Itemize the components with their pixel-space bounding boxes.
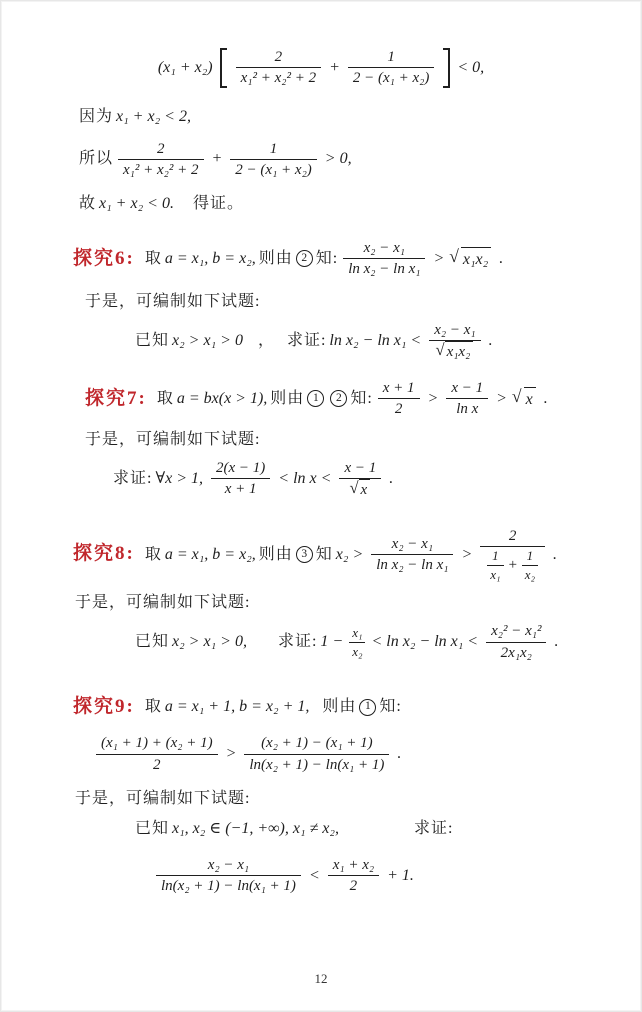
denominator: 2 − (x₁ + x₂): [230, 160, 316, 180]
section-title: 探究9:: [73, 693, 135, 722]
text: 取: [145, 247, 162, 271]
period: .: [554, 630, 558, 654]
label-because: 因为: [79, 105, 113, 129]
denominator: 2: [345, 876, 363, 896]
text: 知:: [316, 247, 338, 271]
label-qed: 得证。: [193, 192, 244, 216]
denominator: ln(x₂ + 1) − ln(x₁ + 1): [156, 876, 301, 896]
math: < ln x₂ − ln x₁ <: [371, 630, 478, 654]
numerator: 2: [118, 139, 203, 160]
math: x₂ > x₁ > 0: [172, 329, 243, 353]
operator-plus: +: [508, 555, 518, 575]
math: ∀x > 1,: [155, 467, 203, 491]
radicand: x₁x₂: [461, 247, 491, 272]
text: 取: [145, 543, 162, 567]
numerator: x − 1: [339, 458, 381, 479]
fraction: x₂ − x₁ √ x₁x₂: [428, 320, 481, 363]
relation: >: [461, 543, 472, 567]
fraction-1: 2 x₁² + x₂² + 2: [235, 47, 322, 89]
text: 则由: [259, 543, 293, 567]
numerator: x₂ − x₁: [156, 855, 301, 876]
line-yushi: 于是，可编制如下试题:: [1, 591, 641, 615]
line-because: 因为 x₁ + x₂ < 2,: [1, 105, 641, 129]
numerator: (x₁ + 1) + (x₂ + 1): [96, 733, 218, 754]
section-title: 探究8:: [73, 540, 135, 569]
text: 于是，可编制如下试题:: [75, 591, 250, 615]
denominator: x₁² + x₂² + 2: [236, 68, 321, 88]
math-tail: + 1.: [387, 864, 414, 888]
period: .: [544, 387, 548, 411]
math: a = x₁ + 1, b = x₂ + 1,: [165, 695, 310, 719]
label-therefore: 所以: [79, 147, 113, 171]
circled-number-icon: 2: [296, 250, 313, 267]
numerator: x₂ − x₁: [371, 534, 453, 555]
relation: >: [496, 387, 507, 411]
numerator: 1: [348, 47, 434, 68]
equation-tanjiu9: (x₁ + 1) + (x₂ + 1) 2 > (x₂ + 1) − (x₁ +…: [1, 733, 641, 775]
sqrt-expression: √ x₁x₂: [449, 246, 494, 272]
text: 于是，可编制如下试题:: [85, 290, 260, 314]
denominator: x₂: [349, 643, 365, 661]
math-post: > 0,: [325, 147, 352, 171]
relation: >: [226, 742, 237, 766]
numerator: x₁: [349, 624, 365, 643]
label-prove: 求证:: [113, 467, 152, 491]
radical-icon: √: [512, 386, 522, 406]
text: 于是，可编制如下试题:: [85, 428, 260, 452]
math-pre: (x₁ + x₂): [158, 56, 213, 80]
circled-number-icon: 1: [359, 699, 376, 716]
right-bracket-icon: [443, 48, 450, 88]
period: .: [389, 467, 393, 491]
denominator: √ x₁x₂: [429, 341, 482, 362]
denominator: 2x₁x₂: [496, 643, 537, 663]
numerator: 1: [230, 139, 316, 160]
denominator: 1 x₁ + 1 x₂: [479, 547, 546, 583]
label-given: 已知: [135, 630, 169, 654]
numerator: x₂ − x₁: [429, 320, 480, 341]
numerator: x₁ + x₂: [328, 855, 379, 876]
equation-tanjiu9-final: x₂ − x₁ ln(x₂ + 1) − ln(x₁ + 1) < x₁ + x…: [1, 855, 641, 897]
relation: >: [428, 387, 439, 411]
fraction-2: x₁ + x₂ 2: [327, 855, 380, 897]
period: .: [499, 247, 503, 271]
label-given: 已知: [135, 329, 169, 353]
text: 知:: [379, 695, 401, 719]
section-tanjiu7: 探究7: 取 a = bx(x > 1), 则由 1 2 知: x + 1 2 …: [1, 378, 641, 420]
label-prove: 求证:: [278, 630, 317, 654]
numerator: 1: [522, 547, 538, 566]
sqrt-expression: √ x: [349, 479, 371, 500]
section-title: 探究6:: [73, 245, 135, 274]
denominator: ln x₂ − ln x₁: [371, 555, 453, 575]
text: 知: [316, 543, 333, 567]
text: 则由: [259, 247, 293, 271]
line-yushi: 于是，可编制如下试题:: [1, 787, 641, 811]
numerator: x₂² − x₁²: [486, 621, 546, 642]
math-post: < 0,: [457, 56, 484, 80]
line-problem6: 已知 x₂ > x₁ > 0 ， 求证: ln x₂ − ln x₁ < x₂ …: [1, 320, 641, 363]
operator-plus: +: [212, 147, 223, 171]
line-problem8: 已知 x₂ > x₁ > 0, 求证: 1 − x₁ x₂ < ln x₂ − …: [1, 621, 641, 663]
text: 知:: [350, 387, 372, 411]
document-page: (x₁ + x₂) 2 x₁² + x₂² + 2 + 1 2 − (x₁ + …: [0, 0, 642, 1012]
fraction-1: (x₁ + 1) + (x₂ + 1) 2: [95, 733, 219, 775]
math: x₂ > x₁ > 0,: [172, 630, 247, 654]
page-number: 12: [315, 971, 328, 986]
relation: >: [433, 247, 444, 271]
line-yushi: 于是，可编制如下试题:: [1, 428, 641, 452]
left-bracket-icon: [220, 48, 227, 88]
circled-number-icon: 2: [330, 390, 347, 407]
fraction-2: (x₂ + 1) − (x₁ + 1) ln(x₂ + 1) − ln(x₁ +…: [243, 733, 390, 775]
math: ln x₂ − ln x₁ <: [329, 329, 421, 353]
section-title: 探究7:: [85, 385, 147, 414]
numerator: x₂ − x₁: [343, 238, 425, 259]
math: x₂ >: [336, 543, 363, 567]
denominator: 2: [390, 399, 408, 419]
section-tanjiu6: 探究6: 取 a = x₁, b = x₂, 则由 2 知: x₂ − x₁ l…: [1, 238, 641, 280]
label-thus: 故: [79, 192, 96, 216]
operator-plus: +: [329, 56, 340, 80]
denominator: ln x₂ − ln x₁: [343, 259, 425, 279]
fraction-2: 1 2 − (x₁ + x₂): [347, 47, 435, 89]
comma: ，: [258, 329, 275, 353]
label-prove: 求证:: [414, 817, 453, 841]
fraction-2: x₂² − x₁² 2x₁x₂: [485, 621, 547, 663]
denominator: x₁² + x₂² + 2: [118, 160, 203, 180]
denominator: x + 1: [220, 479, 262, 499]
label-given: 已知: [135, 817, 169, 841]
line-yushi: 于是，可编制如下试题:: [1, 290, 641, 314]
section-tanjiu9: 探究9: 取 a = x₁ + 1, b = x₂ + 1, 则由 1 知:: [1, 693, 641, 722]
line-therefore: 所以 2 x₁² + x₂² + 2 + 1 2 − (x₁ + x₂) > 0…: [1, 139, 641, 181]
math: 1 −: [320, 630, 343, 654]
text: 取: [157, 387, 174, 411]
denominator: x₂: [522, 566, 538, 584]
circled-number-icon: 1: [307, 390, 324, 407]
fraction-2: x − 1 √ x: [338, 458, 382, 501]
math: x₁, x₂ ∈ (−1, +∞), x₁ ≠ x₂,: [172, 817, 339, 841]
fraction-1: x₁ x₂: [348, 624, 366, 660]
sqrt-expression: √ x: [512, 386, 539, 412]
numerator: 2(x − 1): [211, 458, 270, 479]
math: a = bx(x > 1),: [177, 387, 267, 411]
numerator: 1: [487, 547, 503, 566]
relation: <: [309, 864, 320, 888]
radicand: x: [524, 387, 536, 412]
fraction-2: x − 1 ln x: [445, 378, 489, 420]
radicand: x₁x₂: [445, 341, 474, 362]
fraction-1: x + 1 2: [377, 378, 421, 420]
text: 取: [145, 695, 162, 719]
section-tanjiu8: 探究8: 取 a = x₁, b = x₂, 则由 3 知 x₂ > x₂ − …: [1, 526, 641, 583]
radical-icon: √: [436, 341, 445, 360]
text: 则由: [322, 695, 356, 719]
fraction-2-nested: 2 1 x₁ + 1 x₂: [479, 526, 546, 583]
fraction-small-1: 1 x₁: [486, 547, 504, 583]
denominator: √ x: [342, 479, 378, 500]
denominator: x₁: [487, 566, 503, 584]
fraction-1: 2(x − 1) x + 1: [210, 458, 271, 500]
math: a = x₁, b = x₂,: [165, 543, 256, 567]
math: x₁ + x₂ < 2,: [116, 105, 191, 129]
denominator: 2 − (x₁ + x₂): [348, 68, 434, 88]
numerator: 2: [480, 526, 545, 547]
denominator: ln(x₂ + 1) − ln(x₁ + 1): [244, 755, 389, 775]
equation-main-inequality: (x₁ + x₂) 2 x₁² + x₂² + 2 + 1 2 − (x₁ + …: [1, 47, 641, 89]
denominator: ln x: [451, 399, 483, 419]
text: 于是，可编制如下试题:: [75, 787, 250, 811]
math: x₁ + x₂ < 0.: [99, 192, 174, 216]
period: .: [553, 543, 557, 567]
text: 则由: [270, 387, 304, 411]
denominator: 2: [148, 755, 166, 775]
circled-number-icon: 3: [296, 546, 313, 563]
fraction-2: 1 2 − (x₁ + x₂): [229, 139, 317, 181]
numerator: (x₂ + 1) − (x₁ + 1): [244, 733, 389, 754]
page-footer: 12: [1, 971, 641, 1011]
fraction-1: 2 x₁² + x₂² + 2: [117, 139, 204, 181]
math: a = x₁, b = x₂,: [165, 247, 256, 271]
line-problem7: 求证: ∀x > 1, 2(x − 1) x + 1 < ln x < x − …: [1, 458, 641, 501]
fraction-1: x₂ − x₁ ln(x₂ + 1) − ln(x₁ + 1): [155, 855, 302, 897]
numerator: 2: [236, 47, 321, 68]
fraction: x₂ − x₁ ln x₂ − ln x₁: [342, 238, 426, 280]
fraction-small-2: 1 x₂: [521, 547, 539, 583]
period: .: [489, 329, 493, 353]
line-conclusion: 故 x₁ + x₂ < 0. 得证。: [1, 192, 641, 216]
fraction-1: x₂ − x₁ ln x₂ − ln x₁: [370, 534, 454, 576]
radicand: x: [359, 479, 371, 500]
numerator: x + 1: [378, 378, 420, 399]
radical-icon: √: [349, 479, 358, 498]
numerator: x − 1: [446, 378, 488, 399]
period: .: [397, 742, 401, 766]
math: < ln x <: [278, 467, 331, 491]
line-problem9: 已知 x₁, x₂ ∈ (−1, +∞), x₁ ≠ x₂, 求证:: [1, 817, 641, 841]
radical-icon: √: [449, 246, 459, 266]
label-prove: 求证:: [287, 329, 326, 353]
sqrt-expression: √ x₁x₂: [436, 341, 475, 362]
